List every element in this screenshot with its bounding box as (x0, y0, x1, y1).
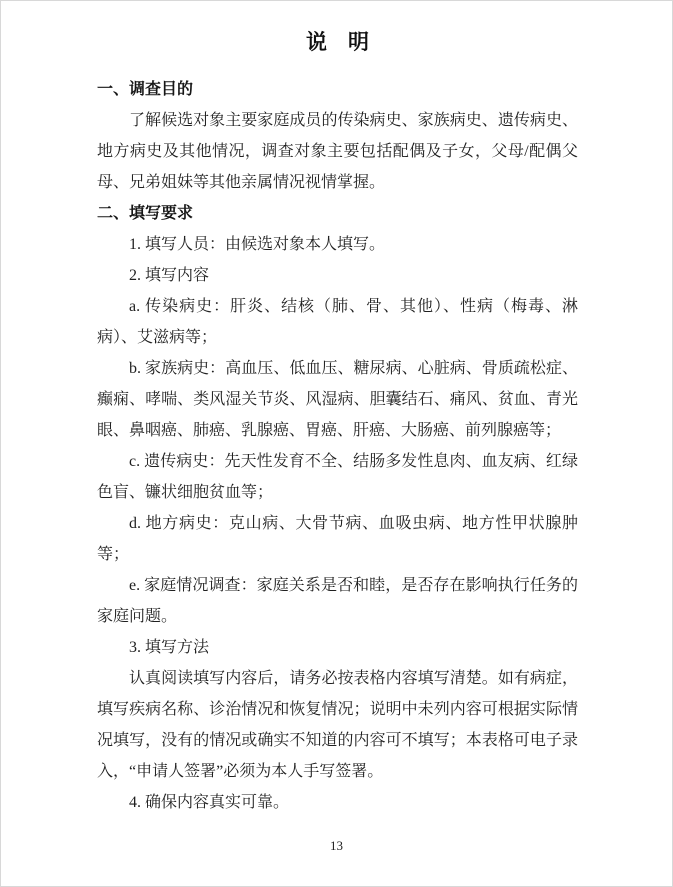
paragraph-item-c-hereditary-history: c. 遗传病史：先天性发育不全、结肠多发性息肉、血友病、红绿色盲、镰状细胞贫血等… (97, 446, 578, 508)
page-number: 13 (0, 838, 673, 853)
paragraph-item-2-content: 2. 填写内容 (97, 260, 578, 291)
paragraph-item-a-infectious-history: a. 传染病史：肝炎、结核（肺、骨、其他）、性病（梅毒、淋病）、艾滋病等； (97, 291, 578, 353)
paragraph-item-d-endemic-history: d. 地方病史：克山病、大骨节病、血吸虫病、地方性甲状腺肿等； (97, 508, 578, 570)
paragraph-item-e-family-situation: e. 家庭情况调查：家庭关系是否和睦，是否存在影响执行任务的家庭问题。 (97, 570, 578, 632)
document-page: 说 明 一、调查目的 了解候选对象主要家庭成员的传染病史、家族病史、遗传病史、地… (0, 0, 673, 887)
section-heading-filling-requirements: 二、填写要求 (97, 198, 578, 229)
paragraph-method-detail: 认真阅读填写内容后，请务必按表格内容填写清楚。如有病症，填写疾病名称、诊治情况和… (97, 663, 578, 787)
document-body: 一、调查目的 了解候选对象主要家庭成员的传染病史、家族病史、遗传病史、地方病史及… (97, 74, 578, 818)
section-heading-survey-purpose: 一、调查目的 (97, 74, 578, 105)
paragraph-item-b-family-history: b. 家族病史：高血压、低血压、糖尿病、心脏病、骨质疏松症、癫痫、哮喘、类风湿关… (97, 353, 578, 446)
paragraph-item-3-method: 3. 填写方法 (97, 632, 578, 663)
page-title: 说 明 (97, 30, 578, 56)
paragraph-survey-purpose: 了解候选对象主要家庭成员的传染病史、家族病史、遗传病史、地方病史及其他情况，调查… (97, 105, 578, 198)
paragraph-item-4-truthful: 4. 确保内容真实可靠。 (97, 787, 578, 818)
paragraph-item-1-filler: 1. 填写人员：由候选对象本人填写。 (97, 229, 578, 260)
